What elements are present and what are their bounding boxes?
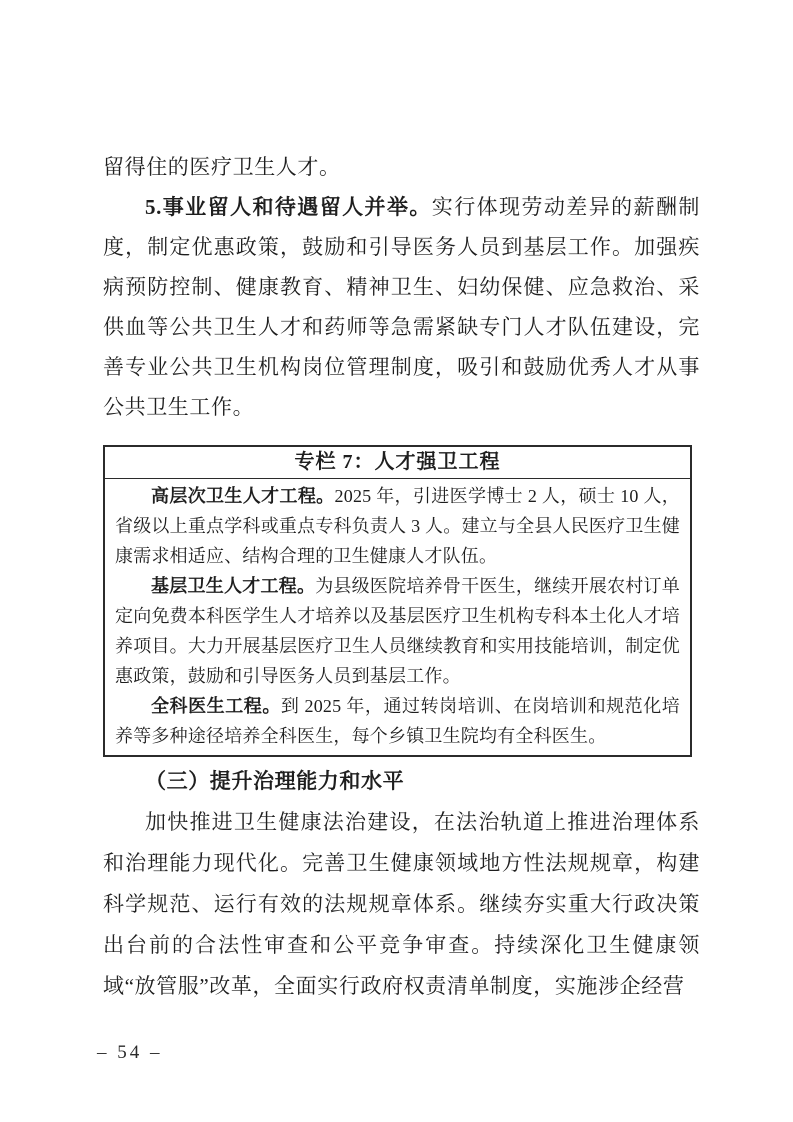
top-text-block: 留得住的医疗卫生人才。 5.事业留人和待遇留人并举。实行体现劳动差异的薪酬制度，… — [103, 147, 700, 427]
paragraph-5-lead: 5.事业留人和待遇留人并举。 — [145, 195, 432, 219]
panel-item-general-practitioner: 全科医生工程。到 2025 年，通过转岗培训、在岗培训和规范化培养等多种途径培养… — [115, 691, 680, 751]
paragraph-5-body: 实行体现劳动差异的薪酬制度，制定优惠政策，鼓励和引导医务人员到基层工作。加强疾病… — [103, 195, 700, 419]
page-number: – 54 – — [97, 1042, 163, 1064]
panel-item-high-level: 高层次卫生人才工程。2025 年，引进医学博士 2 人，硕士 10 人，省级以上… — [115, 481, 680, 571]
panel-item-high-level-lead: 高层次卫生人才工程。 — [151, 486, 335, 506]
column-7-panel: 专栏 7：人才强卫工程 高层次卫生人才工程。2025 年，引进医学博士 2 人，… — [103, 445, 692, 757]
panel-title: 专栏 7：人才强卫工程 — [105, 447, 690, 479]
section-text-block: （三）提升治理能力和水平 加快推进卫生健康法治建设，在法治轨道上推进治理体系和治… — [103, 761, 700, 1007]
panel-item-general-practitioner-lead: 全科医生工程。 — [151, 696, 281, 716]
paragraph-continuation: 留得住的医疗卫生人才。 — [103, 147, 700, 187]
paragraph-governance: 加快推进卫生健康法治建设，在法治轨道上推进治理体系和治理能力现代化。完善卫生健康… — [103, 802, 700, 1007]
paragraph-5: 5.事业留人和待遇留人并举。实行体现劳动差异的薪酬制度，制定优惠政策，鼓励和引导… — [103, 187, 700, 427]
document-page: 留得住的医疗卫生人才。 5.事业留人和待遇留人并举。实行体现劳动差异的薪酬制度，… — [0, 0, 793, 1122]
panel-body: 高层次卫生人才工程。2025 年，引进医学博士 2 人，硕士 10 人，省级以上… — [105, 479, 690, 755]
section-heading: （三）提升治理能力和水平 — [103, 761, 700, 802]
panel-item-grassroots-lead: 基层卫生人才工程。 — [151, 576, 315, 596]
panel-item-grassroots: 基层卫生人才工程。为县级医院培养骨干医生，继续开展农村订单定向免费本科医学生人才… — [115, 571, 680, 691]
